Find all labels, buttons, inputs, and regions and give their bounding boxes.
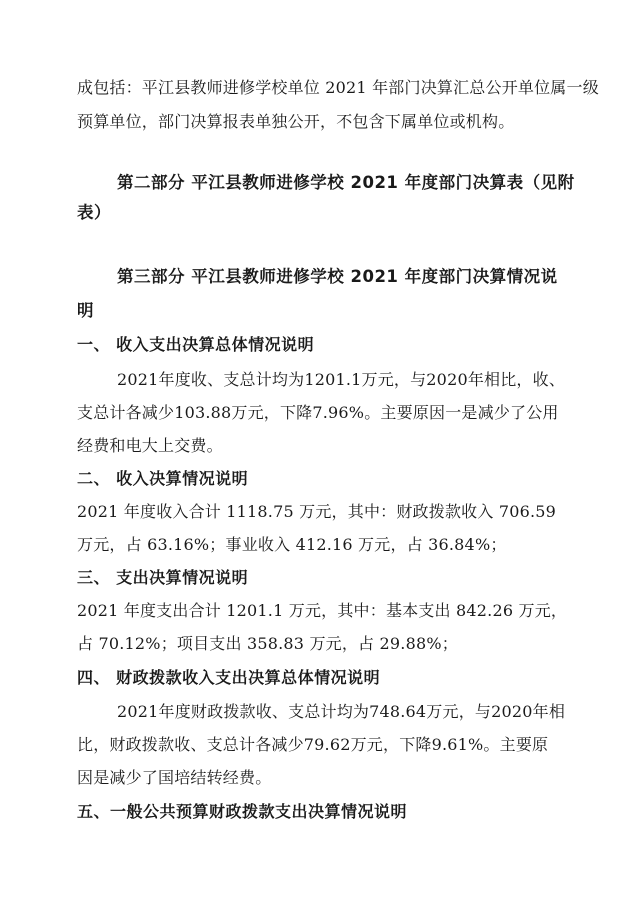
section-1-line-2: 支总计各减少103.88万元，下降7.96%。主要原因一是减少了公用 <box>77 403 559 423</box>
section-4-heading: 四、 财政拨款收入支出决算总体情况说明 <box>77 668 380 688</box>
section-2-line-2: 万元，占 63.16%；事业收入 412.16 万元，占 36.84%； <box>77 535 507 555</box>
intro-line-2: 预算单位，部门决算报表单独公开，不包含下属单位或机构。 <box>77 112 514 132</box>
section-4-line-1: 2021年度财政拨款收、支总计均为748.64万元，与2020年相 <box>117 702 565 722</box>
section-5-heading: 五、一般公共预算财政拨款支出决算情况说明 <box>77 802 407 822</box>
section-1-line-3: 经费和电大上交费。 <box>77 436 223 456</box>
part2-heading: 第二部分 平江县教师进修学校 2021 年度部门决算表（见附 <box>117 173 575 193</box>
section-3-line-1: 2021 年度支出合计 1201.1 万元，其中：基本支出 842.26 万元， <box>77 601 567 621</box>
document-page: 成包括：平江县教师进修学校单位 2021 年部门决算汇总公开单位属一级 预算单位… <box>0 0 635 898</box>
intro-line-1: 成包括：平江县教师进修学校单位 2021 年部门决算汇总公开单位属一级 <box>77 78 599 98</box>
section-4-line-2: 比，财政拨款收、支总计各减少79.62万元，下降9.61%。主要原 <box>77 735 548 755</box>
part2-heading-continued: 表） <box>77 203 111 223</box>
section-2-heading: 二、 收入决算情况说明 <box>77 469 248 489</box>
section-1-line-1: 2021年度收、支总计均为1201.1万元，与2020年相比，收、 <box>117 370 565 390</box>
section-2-line-1: 2021 年度收入合计 1118.75 万元，其中：财政拨款收入 706.59 <box>77 502 556 522</box>
section-3-heading: 三、 支出决算情况说明 <box>77 568 248 588</box>
section-1-heading: 一、 收入支出决算总体情况说明 <box>77 335 314 355</box>
section-3-line-2: 占 70.12%；项目支出 358.83 万元，占 29.88%； <box>77 634 458 654</box>
part3-heading-continued: 明 <box>77 301 94 321</box>
section-4-line-3: 因是减少了国培结转经费。 <box>77 768 271 788</box>
part3-heading: 第三部分 平江县教师进修学校 2021 年度部门决算情况说 <box>117 267 558 287</box>
